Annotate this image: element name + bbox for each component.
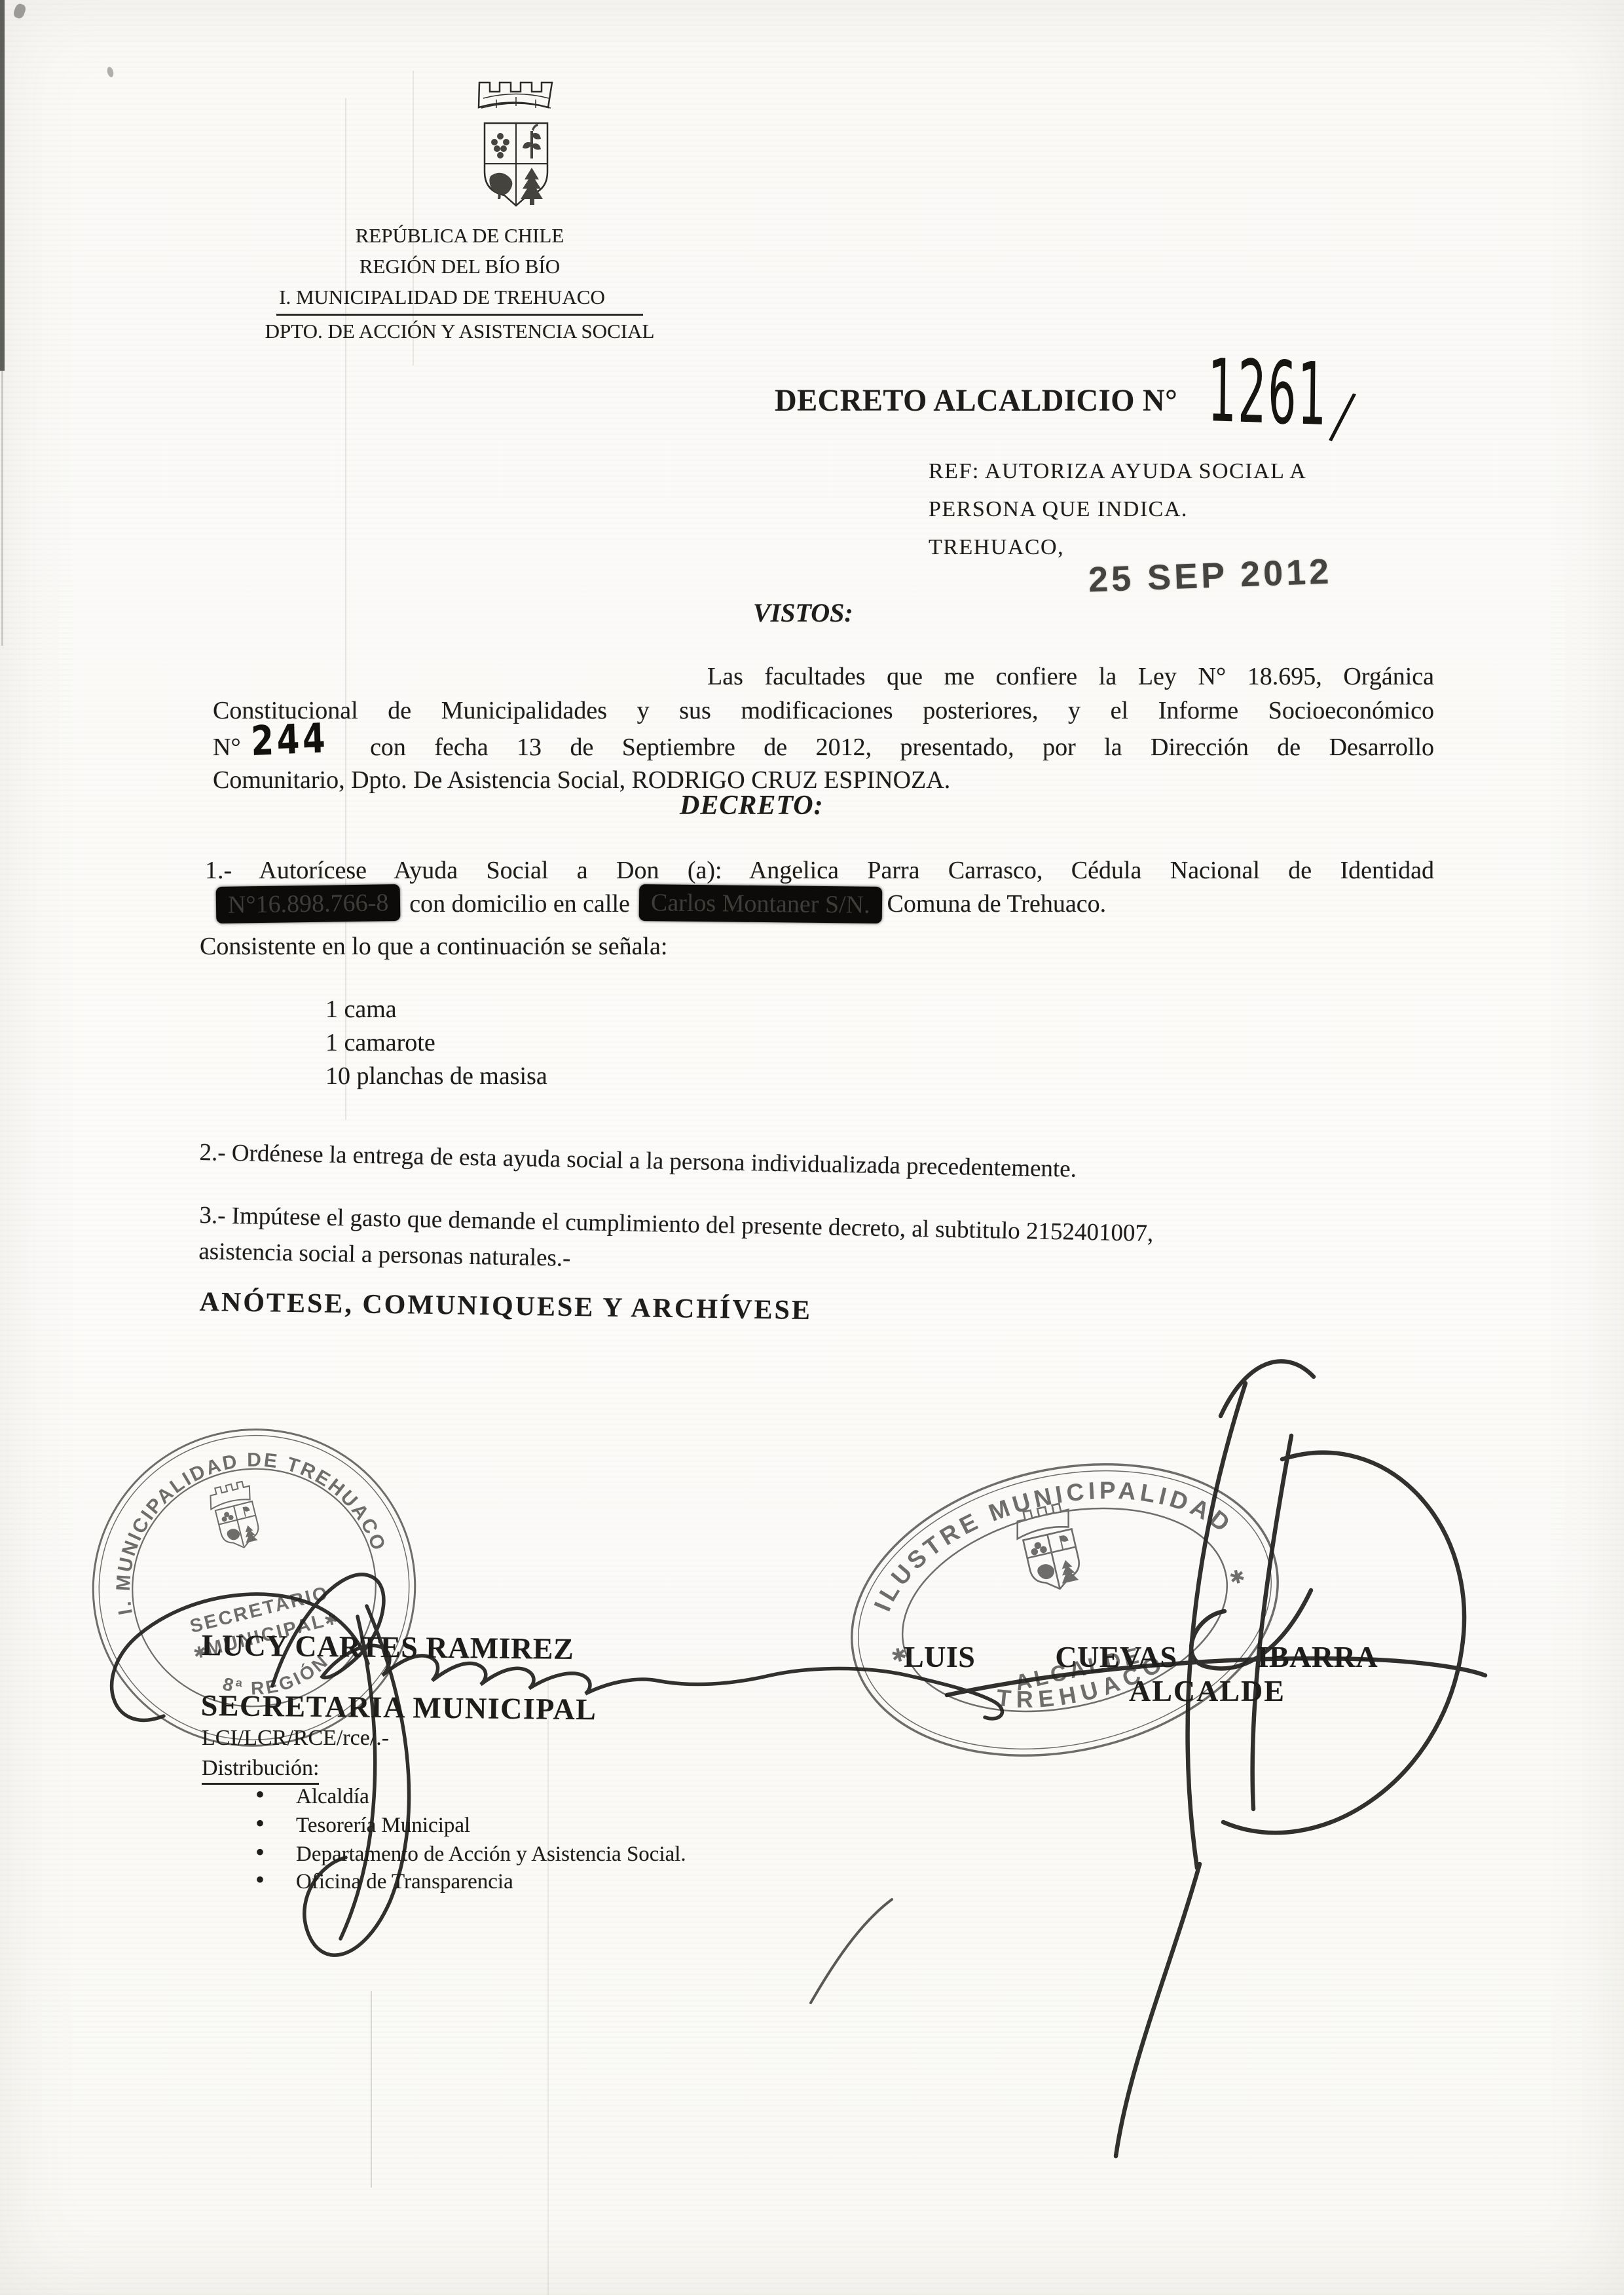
handwritten-report-number: 244 <box>251 725 329 755</box>
item1-line-3: Consistente en lo que a continuación se … <box>200 930 667 963</box>
mayor-name: LUIS CUEVAS IBARRA <box>904 1640 1378 1674</box>
scan-edge-strip-fade <box>1 371 3 646</box>
scan-edge-strip <box>0 0 5 371</box>
decree-title: DECRETO ALCALDICIO N° <box>775 382 1177 419</box>
bullet-icon: • <box>255 1812 265 1835</box>
ref-line-3: TREHUACO, <box>929 534 1064 561</box>
ref-line-1: REF: AUTORIZA AYUDA SOCIAL A <box>929 458 1306 485</box>
secretary-role: SECRETARIA MUNICIPAL <box>200 1689 597 1726</box>
handwritten-decree-number: 1261 <box>1208 355 1328 431</box>
item1-line-2: N°16.898.766-8 con domicilio en calle Ca… <box>216 886 1106 922</box>
header-org-block: REPÚBLICA DE CHILE REGIÓN DEL BÍO BÍO I.… <box>231 220 689 346</box>
vistos-line-3-prefix: N° <box>213 734 241 761</box>
item1-line-2-mid: con domicilio en calle <box>409 887 630 920</box>
distribution-item-label: Tesorería Municipal <box>296 1814 470 1838</box>
date-stamp: 25 SEP 2012 <box>1088 551 1333 601</box>
redacted-address: Carlos Montaner S/N. <box>639 884 882 924</box>
redacted-national-id: N°16.898.766-8 <box>216 884 401 924</box>
scan-speck <box>12 3 28 20</box>
bullet-icon: • <box>255 1868 265 1892</box>
header-line-department: DPTO. DE ACCIÓN Y ASISTENCIA SOCIAL <box>231 316 689 346</box>
scan-speck <box>106 66 115 78</box>
item1-line-2-tail: Comuna de Trehuaco. <box>887 887 1106 920</box>
footer-initials: LCI/LCR/RCE/rce/.- <box>202 1725 389 1751</box>
vistos-line-1: Las facultades que me confiere la Ley N°… <box>707 660 1434 693</box>
vistos-line-2: Constitucional de Municipalidades y sus … <box>213 694 1434 727</box>
aid-item-1: 1 cama <box>325 993 397 1026</box>
aid-item-2: 1 camarote <box>325 1026 435 1059</box>
distribution-item-label: Departamento de Acción y Asistencia Soci… <box>296 1842 686 1867</box>
coat-of-arms-icon <box>451 72 581 224</box>
secretary-name: LUCY CARTES RAMIREZ <box>201 1628 597 1666</box>
header-municipality-underlined: I. MUNICIPALIDAD DE TREHUACO <box>276 282 643 316</box>
stamp-star-icon: ✱ <box>1227 1565 1247 1588</box>
distribution-item: • Alcaldía <box>255 1783 369 1809</box>
item1-line-1: 1.- Autorícese Ayuda Social a Don (a): A… <box>205 854 1434 887</box>
bullet-icon: • <box>255 1840 265 1864</box>
distribution-item: • Tesorería Municipal <box>255 1812 470 1838</box>
bullet-icon: • <box>255 1783 265 1806</box>
vistos-line-3-suffix: con fecha 13 de Septiembre de 2012, pres… <box>370 734 1434 761</box>
ref-line-2: PERSONA QUE INDICA. <box>929 496 1188 523</box>
secretary-signature-block: LUCY CARTES RAMIREZ SECRETARIA MUNICIPAL <box>200 1628 597 1726</box>
vistos-label: VISTOS: <box>753 597 853 628</box>
item2-paragraph: 2.- Ordénese la entrega de esta ayuda so… <box>199 1138 1077 1184</box>
decreto-label: DECRETO: <box>680 790 824 821</box>
distribution-item-label: Oficina de Transparencia <box>296 1870 513 1894</box>
header-line-region: REGIÓN DEL BÍO BÍO <box>231 251 689 282</box>
distribution-item: • Departamento de Acción y Asistencia So… <box>255 1840 686 1867</box>
handwritten-slash: / <box>1326 379 1359 453</box>
scan-crease <box>371 1991 372 2188</box>
mayor-stamp: ILUSTRE MUNICIPALIDAD TREHUACO ALCALDE ✱… <box>812 1415 1318 1804</box>
vistos-line-4: Comunitario, Dpto. De Asistencia Social,… <box>213 764 950 796</box>
header-line-republic: REPÚBLICA DE CHILE <box>231 220 689 251</box>
scanned-decree-page: REPÚBLICA DE CHILE REGIÓN DEL BÍO BÍO I.… <box>0 0 1624 2295</box>
header-line-municipality: I. MUNICIPALIDAD DE TREHUACO <box>231 282 689 316</box>
item3-paragraph: 3.- Impútese el gasto que demande el cum… <box>198 1197 1154 1288</box>
distribution-item-label: Alcaldía <box>296 1785 369 1809</box>
vistos-line-3: N°244con fecha 13 de Septiembre de 2012,… <box>213 728 1434 764</box>
mayor-role: ALCALDE <box>1129 1674 1285 1708</box>
distribution-item: • Oficina de Transparencia <box>255 1868 513 1894</box>
aid-item-3: 10 planchas de masisa <box>325 1060 547 1092</box>
scan-crease <box>547 1677 549 2295</box>
closing-line: ANÓTESE, COMUNIQUESE Y ARCHÍVESE <box>199 1286 812 1326</box>
